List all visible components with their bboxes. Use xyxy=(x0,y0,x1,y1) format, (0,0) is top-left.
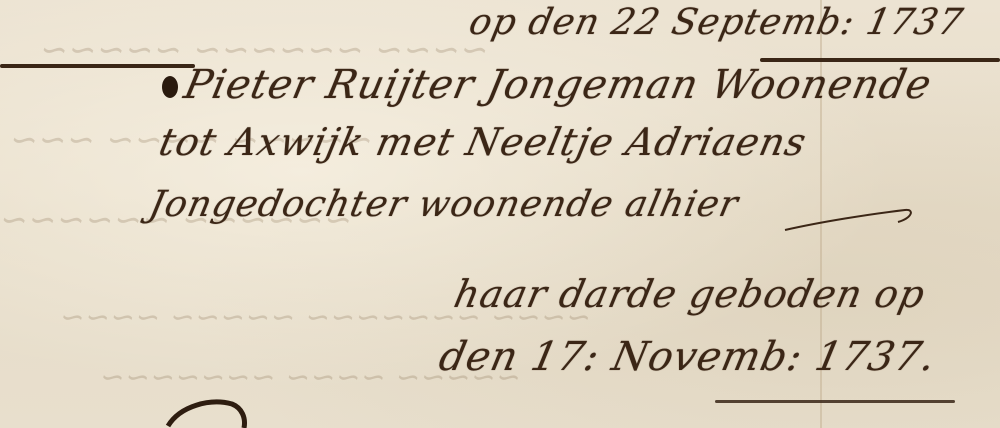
header-date: op den 22 Septemb: 1737 xyxy=(466,2,967,43)
entry-line-1: Pieter Ruijter Jongeman Woonende xyxy=(180,62,936,108)
ink-blot xyxy=(162,76,178,98)
footer-underline xyxy=(715,400,955,403)
entry-line-4: haar darde geboden op xyxy=(450,272,929,316)
entry-line-5: den 17: Novemb: 1737. xyxy=(435,334,940,380)
entry-line-3: Jongedochter woonende alhier xyxy=(146,184,743,225)
entry-line-2: tot Axwijk met Neeltje Adriaens xyxy=(155,120,810,164)
margin-rule xyxy=(0,64,195,68)
